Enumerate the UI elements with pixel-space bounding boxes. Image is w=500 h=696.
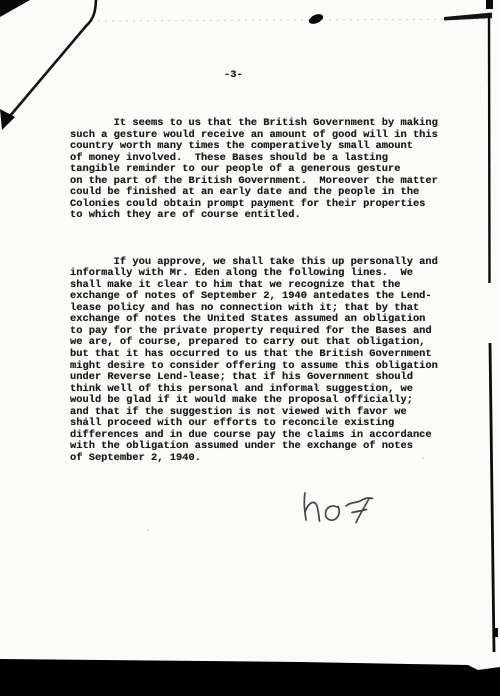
scanned-document-page: -3- It seems to us that the British Gove… <box>0 0 500 696</box>
handwritten-annotation-407 <box>0 0 500 696</box>
handwritten-digit-7 <box>346 498 373 522</box>
handwritten-digit-0 <box>325 506 339 520</box>
handwritten-digit-4 <box>304 493 319 521</box>
